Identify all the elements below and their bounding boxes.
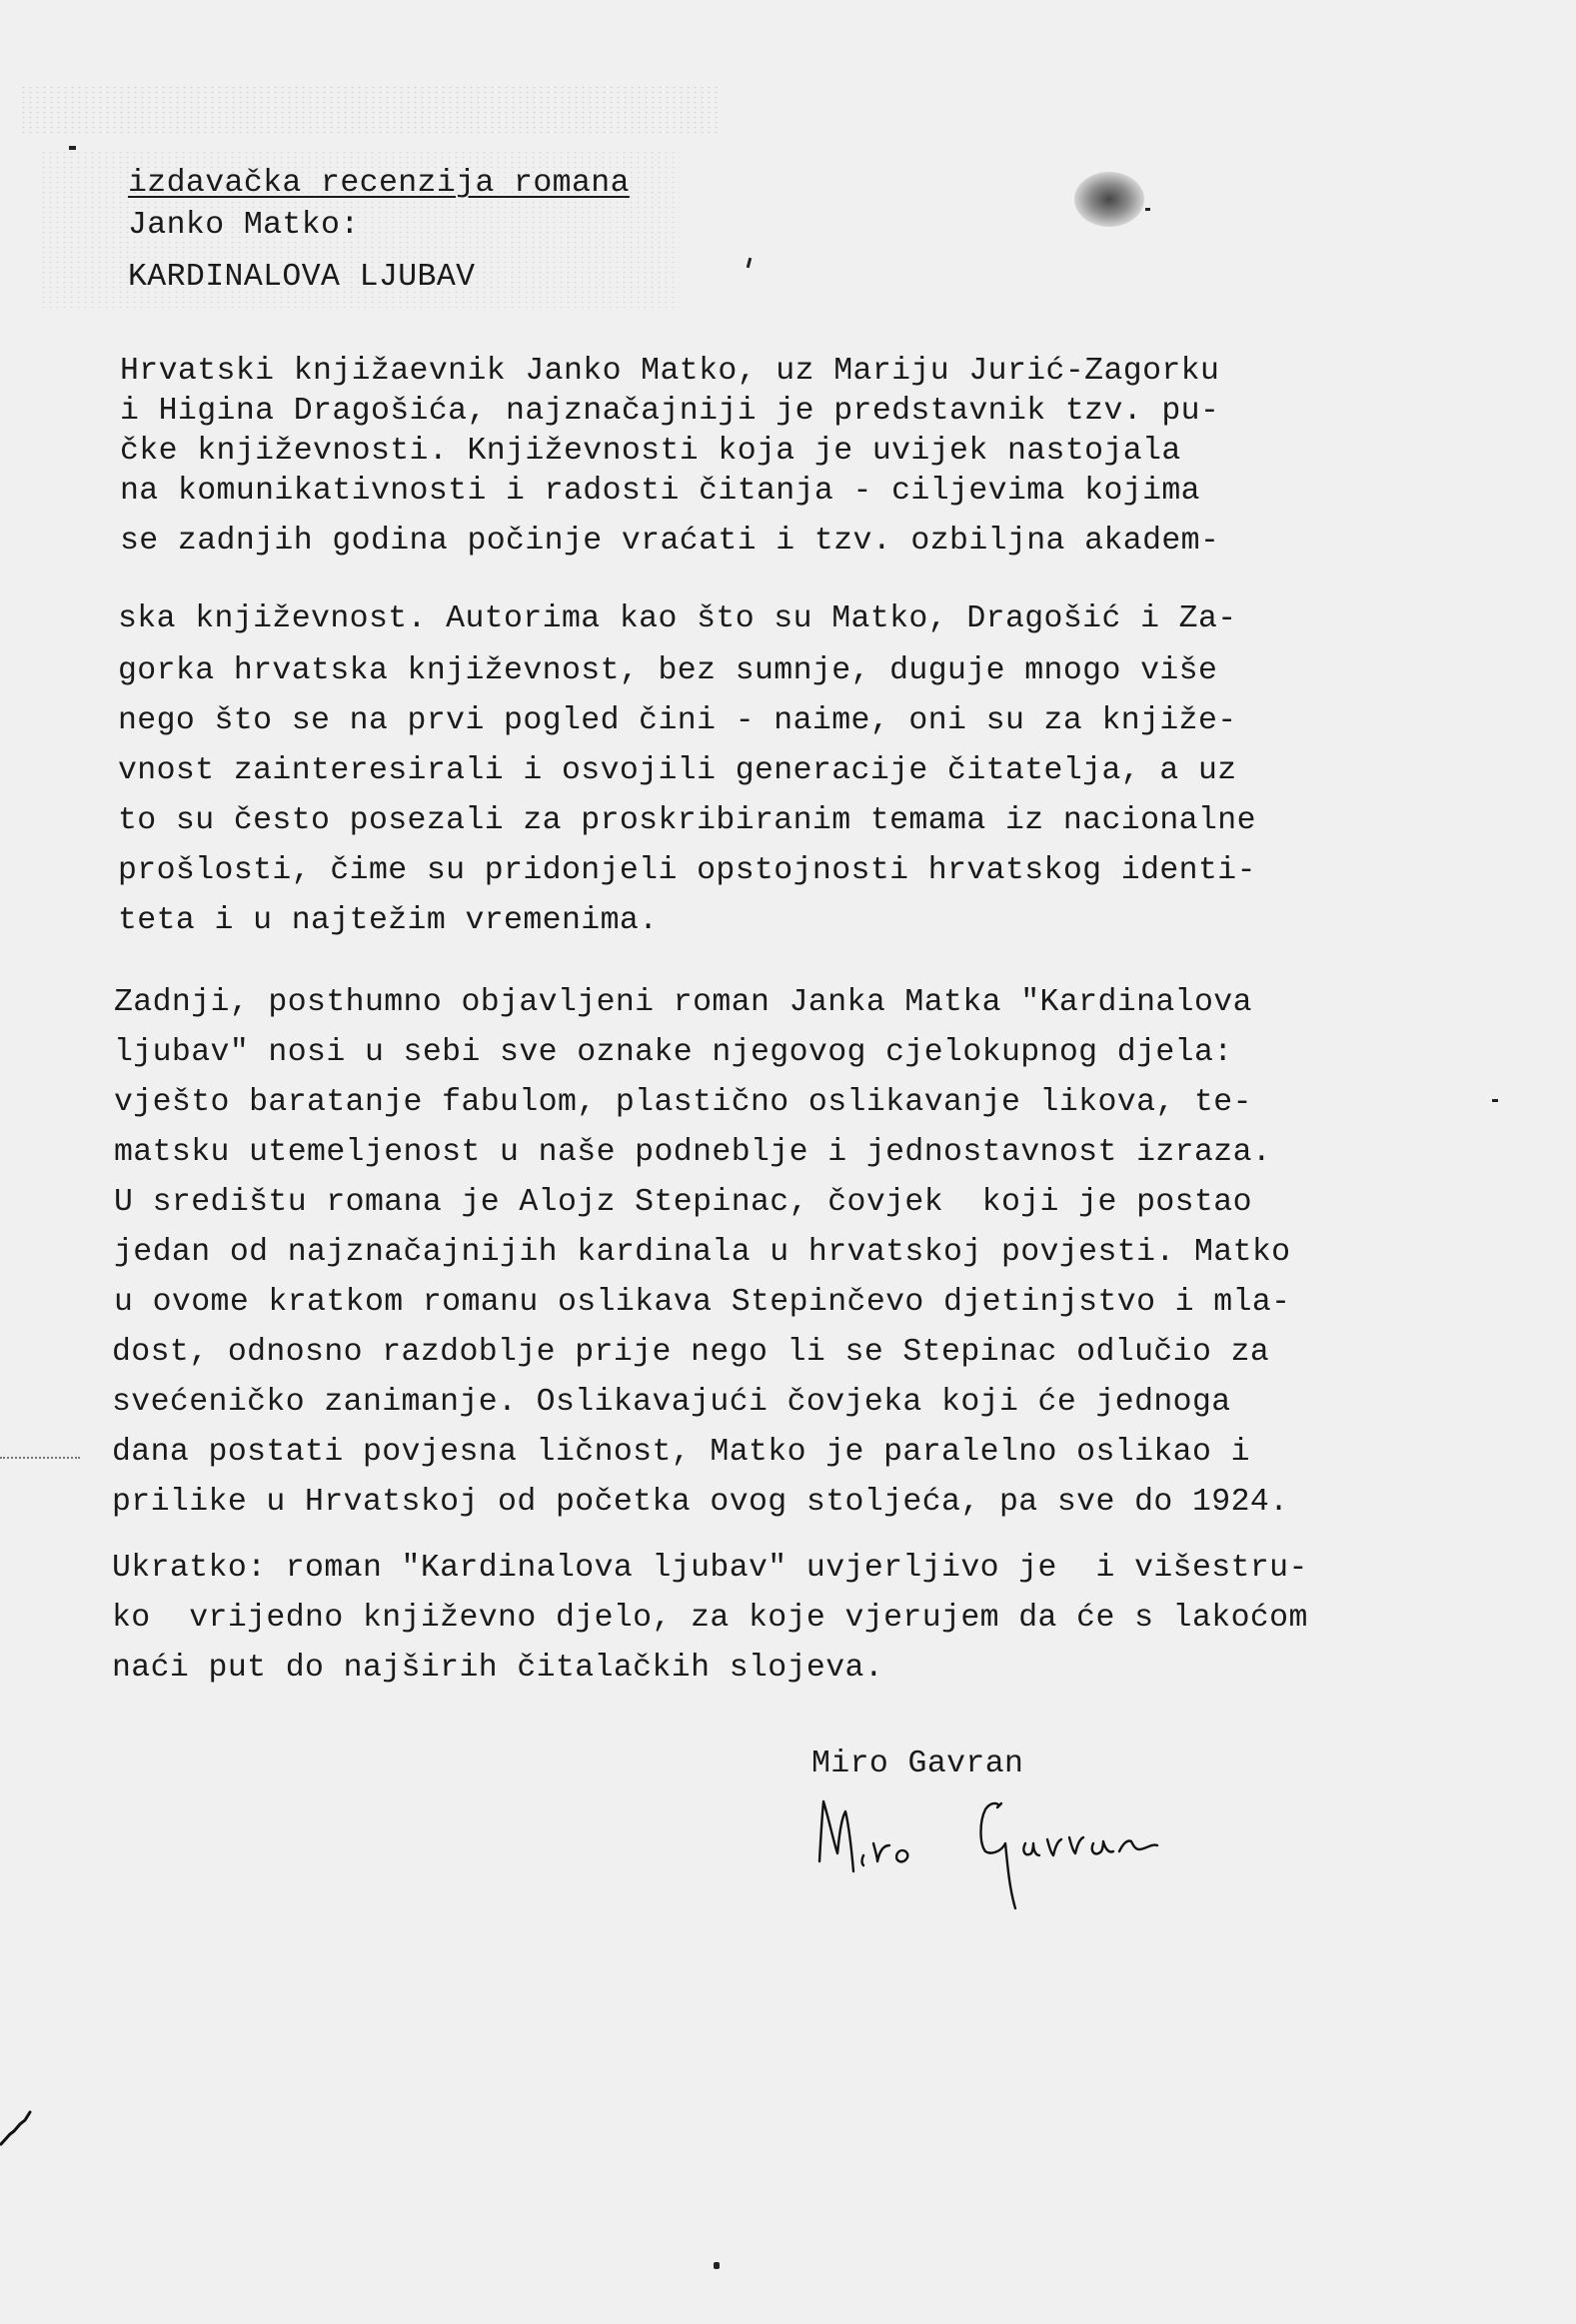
paragraph-line: to su često posezali za proskribiranim t… bbox=[118, 801, 1256, 841]
speck bbox=[69, 146, 76, 150]
speck bbox=[747, 258, 752, 268]
paragraph-line: ko vrijedno književno djelo, za koje vje… bbox=[112, 1599, 1308, 1639]
speck bbox=[714, 2262, 720, 2269]
edge-mark bbox=[0, 2110, 34, 2146]
speck bbox=[1145, 208, 1150, 211]
paragraph-line: naći put do najširih čitalačkih slojeva. bbox=[112, 1649, 883, 1689]
paragraph-line: prilike u Hrvatskoj od početka ovog stol… bbox=[112, 1483, 1289, 1523]
paragraph-line: Ukratko: roman "Kardinalova ljubav" uvje… bbox=[112, 1549, 1308, 1589]
typed-signature-name: Miro Gavran bbox=[811, 1744, 1023, 1784]
paragraph-line: u ovome kratkom romanu oslikava Stepinče… bbox=[114, 1283, 1291, 1323]
speck bbox=[1492, 1099, 1498, 1102]
paragraph-line: vnost zainteresirali i osvojili generaci… bbox=[118, 751, 1237, 791]
paragraph-line: na komunikativnosti i radosti čitanja - … bbox=[120, 472, 1200, 512]
document-label: izdavačka recenzija romana bbox=[128, 164, 630, 204]
paragraph-line: nego što se na prvi pogled čini - naime,… bbox=[118, 701, 1237, 741]
scanned-document-page: izdavačka recenzija romana Janko Matko: … bbox=[0, 0, 1576, 2324]
paragraph-line: Zadnji, posthumno objavljeni roman Janka… bbox=[114, 983, 1252, 1023]
author-line: Janko Matko: bbox=[128, 206, 360, 246]
ink-smudge bbox=[1074, 172, 1144, 227]
paragraph-line: ska književnost. Autorima kao što su Mat… bbox=[118, 599, 1237, 639]
paragraph-line: gorka hrvatska književnost, bez sumnje, … bbox=[118, 651, 1217, 691]
paragraph-line: prošlosti, čime su pridonjeli opstojnost… bbox=[118, 851, 1256, 891]
paragraph-line: dana postati povjesna ličnost, Matko je … bbox=[112, 1433, 1250, 1473]
handwritten-signature bbox=[811, 1793, 1231, 1923]
paragraph-line: Hrvatski knjižaevnik Janko Matko, uz Mar… bbox=[120, 352, 1219, 392]
paragraph-line: dost, odnosno razdoblje prije nego li se… bbox=[112, 1333, 1269, 1373]
paragraph-line: svećeničko zanimanje. Oslikavajući čovje… bbox=[112, 1383, 1231, 1423]
scan-noise-top bbox=[20, 85, 720, 135]
paragraph-line: matsku utemeljenost u naše podneblje i j… bbox=[114, 1133, 1271, 1173]
book-title: KARDINALOVA LJUBAV bbox=[128, 258, 475, 298]
scan-line-artifact bbox=[0, 1457, 80, 1459]
paragraph-line: se zadnjih godina počinje vraćati i tzv.… bbox=[120, 522, 1219, 562]
paragraph-line: jedan od najznačajnijih kardinala u hrva… bbox=[114, 1233, 1291, 1273]
paragraph-line: i Higina Dragošića, najznačajniji je pre… bbox=[120, 392, 1219, 432]
paragraph-line: čke književnosti. Književnosti koja je u… bbox=[120, 432, 1181, 472]
paragraph-line: teta i u najtežim vremenima. bbox=[118, 901, 659, 941]
paragraph-line: ljubav" nosi u sebi sve oznake njegovog … bbox=[114, 1033, 1233, 1073]
paragraph-line: vješto baratanje fabulom, plastično osli… bbox=[114, 1083, 1252, 1123]
paragraph-line: U središtu romana je Alojz Stepinac, čov… bbox=[114, 1183, 1252, 1223]
